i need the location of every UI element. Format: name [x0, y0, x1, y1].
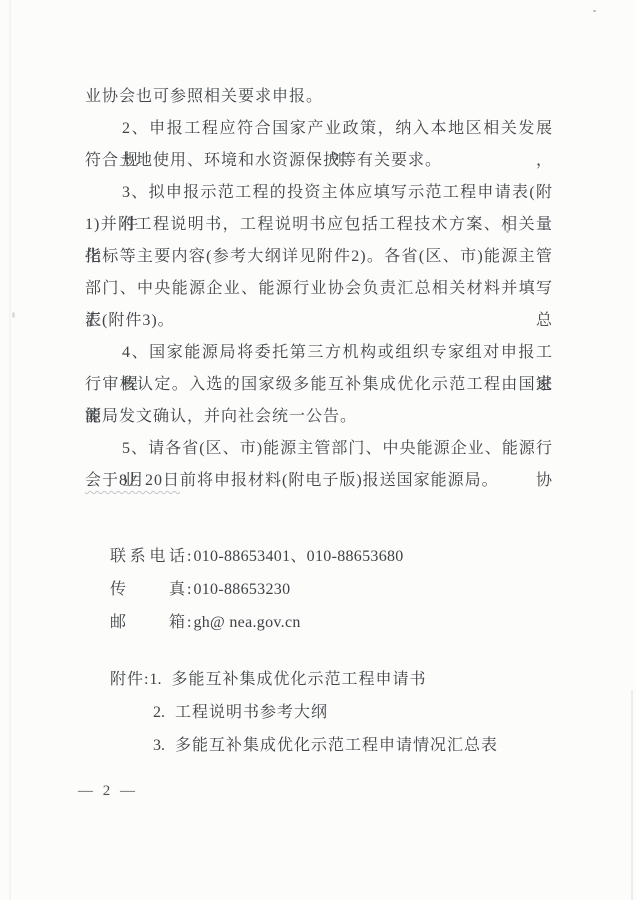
page-number: — 2 — — [78, 783, 138, 800]
attachment-item-2: 2.工程说明书参考大纲 — [110, 696, 498, 729]
body-line-11: 源局发文确认，并向社会统一公告。 — [85, 401, 553, 433]
scan-speck — [593, 10, 596, 12]
body-line-13: 会于8月20日前将申报材料(附电子版)报送国家能源局。 — [85, 465, 553, 497]
attachment-number: 2. — [153, 704, 165, 721]
contact-phone-value: 010-88653401、010-88653680 — [193, 540, 403, 573]
deadline-underlined-text: 会于8月20日 — [85, 472, 180, 489]
attachment-item-1: 附件:1.多能互补集成优化示范工程申请书 — [110, 663, 498, 696]
scan-speck — [12, 312, 15, 318]
body-line-12: 5、请各省(区、市)能源主管部门、中央能源企业、能源行业协 — [85, 433, 553, 465]
attachment-title: 工程说明书参考大纲 — [175, 704, 328, 721]
body-line-13-rest: 前将申报材料(附电子版)报送国家能源局。 — [180, 472, 499, 489]
contact-fax-label: 传真 — [110, 573, 186, 606]
body-line-6: 指标等主要内容(参考大纲详见附件2)。各省(区、市)能源主管 — [85, 241, 553, 273]
scanned-document-page: 业协会也可参照相关要求申报。 2、申报工程应符合国家产业政策，纳入本地区相关发展… — [0, 0, 636, 900]
body-line-2: 2、申报工程应符合国家产业政策，纳入本地区相关发展规划， — [85, 113, 553, 145]
colon-separator: : — [187, 573, 191, 606]
attachments-block: 附件:1.多能互补集成优化示范工程申请书 2.工程说明书参考大纲 3.多能互补集… — [110, 663, 498, 762]
contact-email-label: 邮箱 — [110, 606, 186, 639]
contact-phone-row: 联系电话:010-88653401、010-88653680 — [110, 540, 404, 573]
attachment-title: 多能互补集成优化示范工程申请情况汇总表 — [175, 737, 498, 754]
contact-fax-row: 传真:010-88653230 — [110, 573, 404, 606]
attachment-item-3: 3.多能互补集成优化示范工程申请情况汇总表 — [110, 729, 498, 762]
attachment-number: 1. — [149, 671, 161, 688]
attachment-title: 多能互补集成优化示范工程申请书 — [171, 671, 426, 688]
colon-separator: : — [187, 606, 191, 639]
contact-phone-label: 联系电话 — [110, 540, 186, 573]
contact-email-value: gh@ nea.gov.cn — [193, 606, 300, 639]
scan-edge-right — [631, 690, 633, 900]
contact-email-row: 邮箱:gh@ nea.gov.cn — [110, 606, 404, 639]
body-line-10: 行审核认定。入选的国家级多能互补集成优化示范工程由国家能 — [85, 369, 553, 401]
attachments-label: 附件 — [110, 671, 144, 688]
colon-separator: : — [187, 540, 191, 573]
body-line-4: 3、拟申报示范工程的投资主体应填写示范工程申请表(附件 — [85, 177, 553, 209]
scan-edge-left — [9, 0, 11, 900]
contact-block: 联系电话:010-88653401、010-88653680 传真:010-88… — [110, 540, 404, 639]
body-line-7: 部门、中央能源企业、能源行业协会负责汇总相关材料并填写汇总 — [85, 273, 553, 305]
body-line-1: 业协会也可参照相关要求申报。 — [85, 81, 553, 113]
body-line-5: 1)并附工程说明书，工程说明书应包括工程技术方案、相关量化 — [85, 209, 553, 241]
body-line-9: 4、国家能源局将委托第三方机构或组织专家组对申报工程进 — [85, 337, 553, 369]
attachment-number: 3. — [153, 737, 165, 754]
document-body: 业协会也可参照相关要求申报。 2、申报工程应符合国家产业政策，纳入本地区相关发展… — [85, 81, 553, 497]
contact-fax-value: 010-88653230 — [193, 573, 290, 606]
